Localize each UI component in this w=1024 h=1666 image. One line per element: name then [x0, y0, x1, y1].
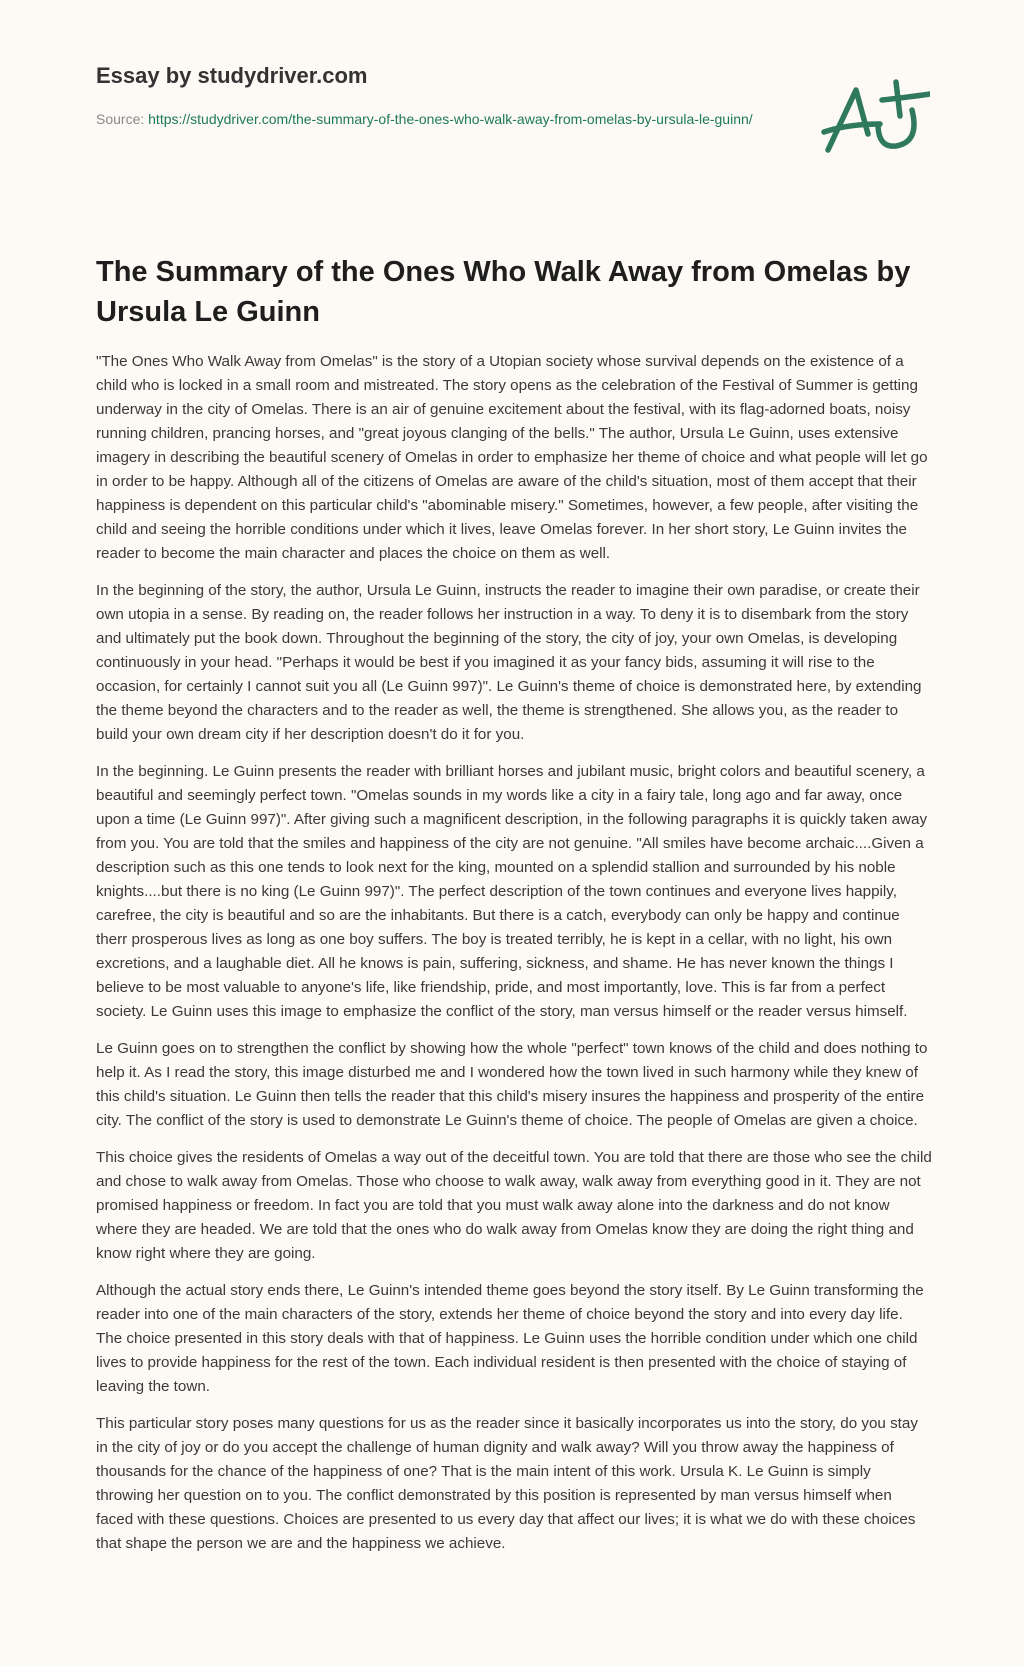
paragraph-5: This choice gives the residents of Omela…: [96, 1146, 932, 1266]
page-header: Essay by studydriver.com Source: https:/…: [96, 62, 776, 131]
source-link[interactable]: https://studydriver.com/the-summary-of-t…: [148, 111, 753, 127]
site-title: Essay by studydriver.com: [96, 62, 776, 90]
source-line: Source: https://studydriver.com/the-summ…: [96, 108, 776, 131]
essay-body: The Summary of the Ones Who Walk Away fr…: [96, 252, 932, 1569]
paragraph-7: This particular story poses many questio…: [96, 1412, 932, 1556]
a-plus-grade-icon: [820, 66, 930, 166]
paragraph-3: In the beginning. Le Guinn presents the …: [96, 760, 932, 1024]
paragraph-6: Although the actual story ends there, Le…: [96, 1279, 932, 1399]
source-label: Source:: [96, 111, 148, 127]
paragraph-4: Le Guinn goes on to strengthen the confl…: [96, 1037, 932, 1133]
paragraph-2: In the beginning of the story, the autho…: [96, 579, 932, 747]
essay-title: The Summary of the Ones Who Walk Away fr…: [96, 252, 932, 332]
paragraph-1: "The Ones Who Walk Away from Omelas" is …: [96, 350, 932, 566]
